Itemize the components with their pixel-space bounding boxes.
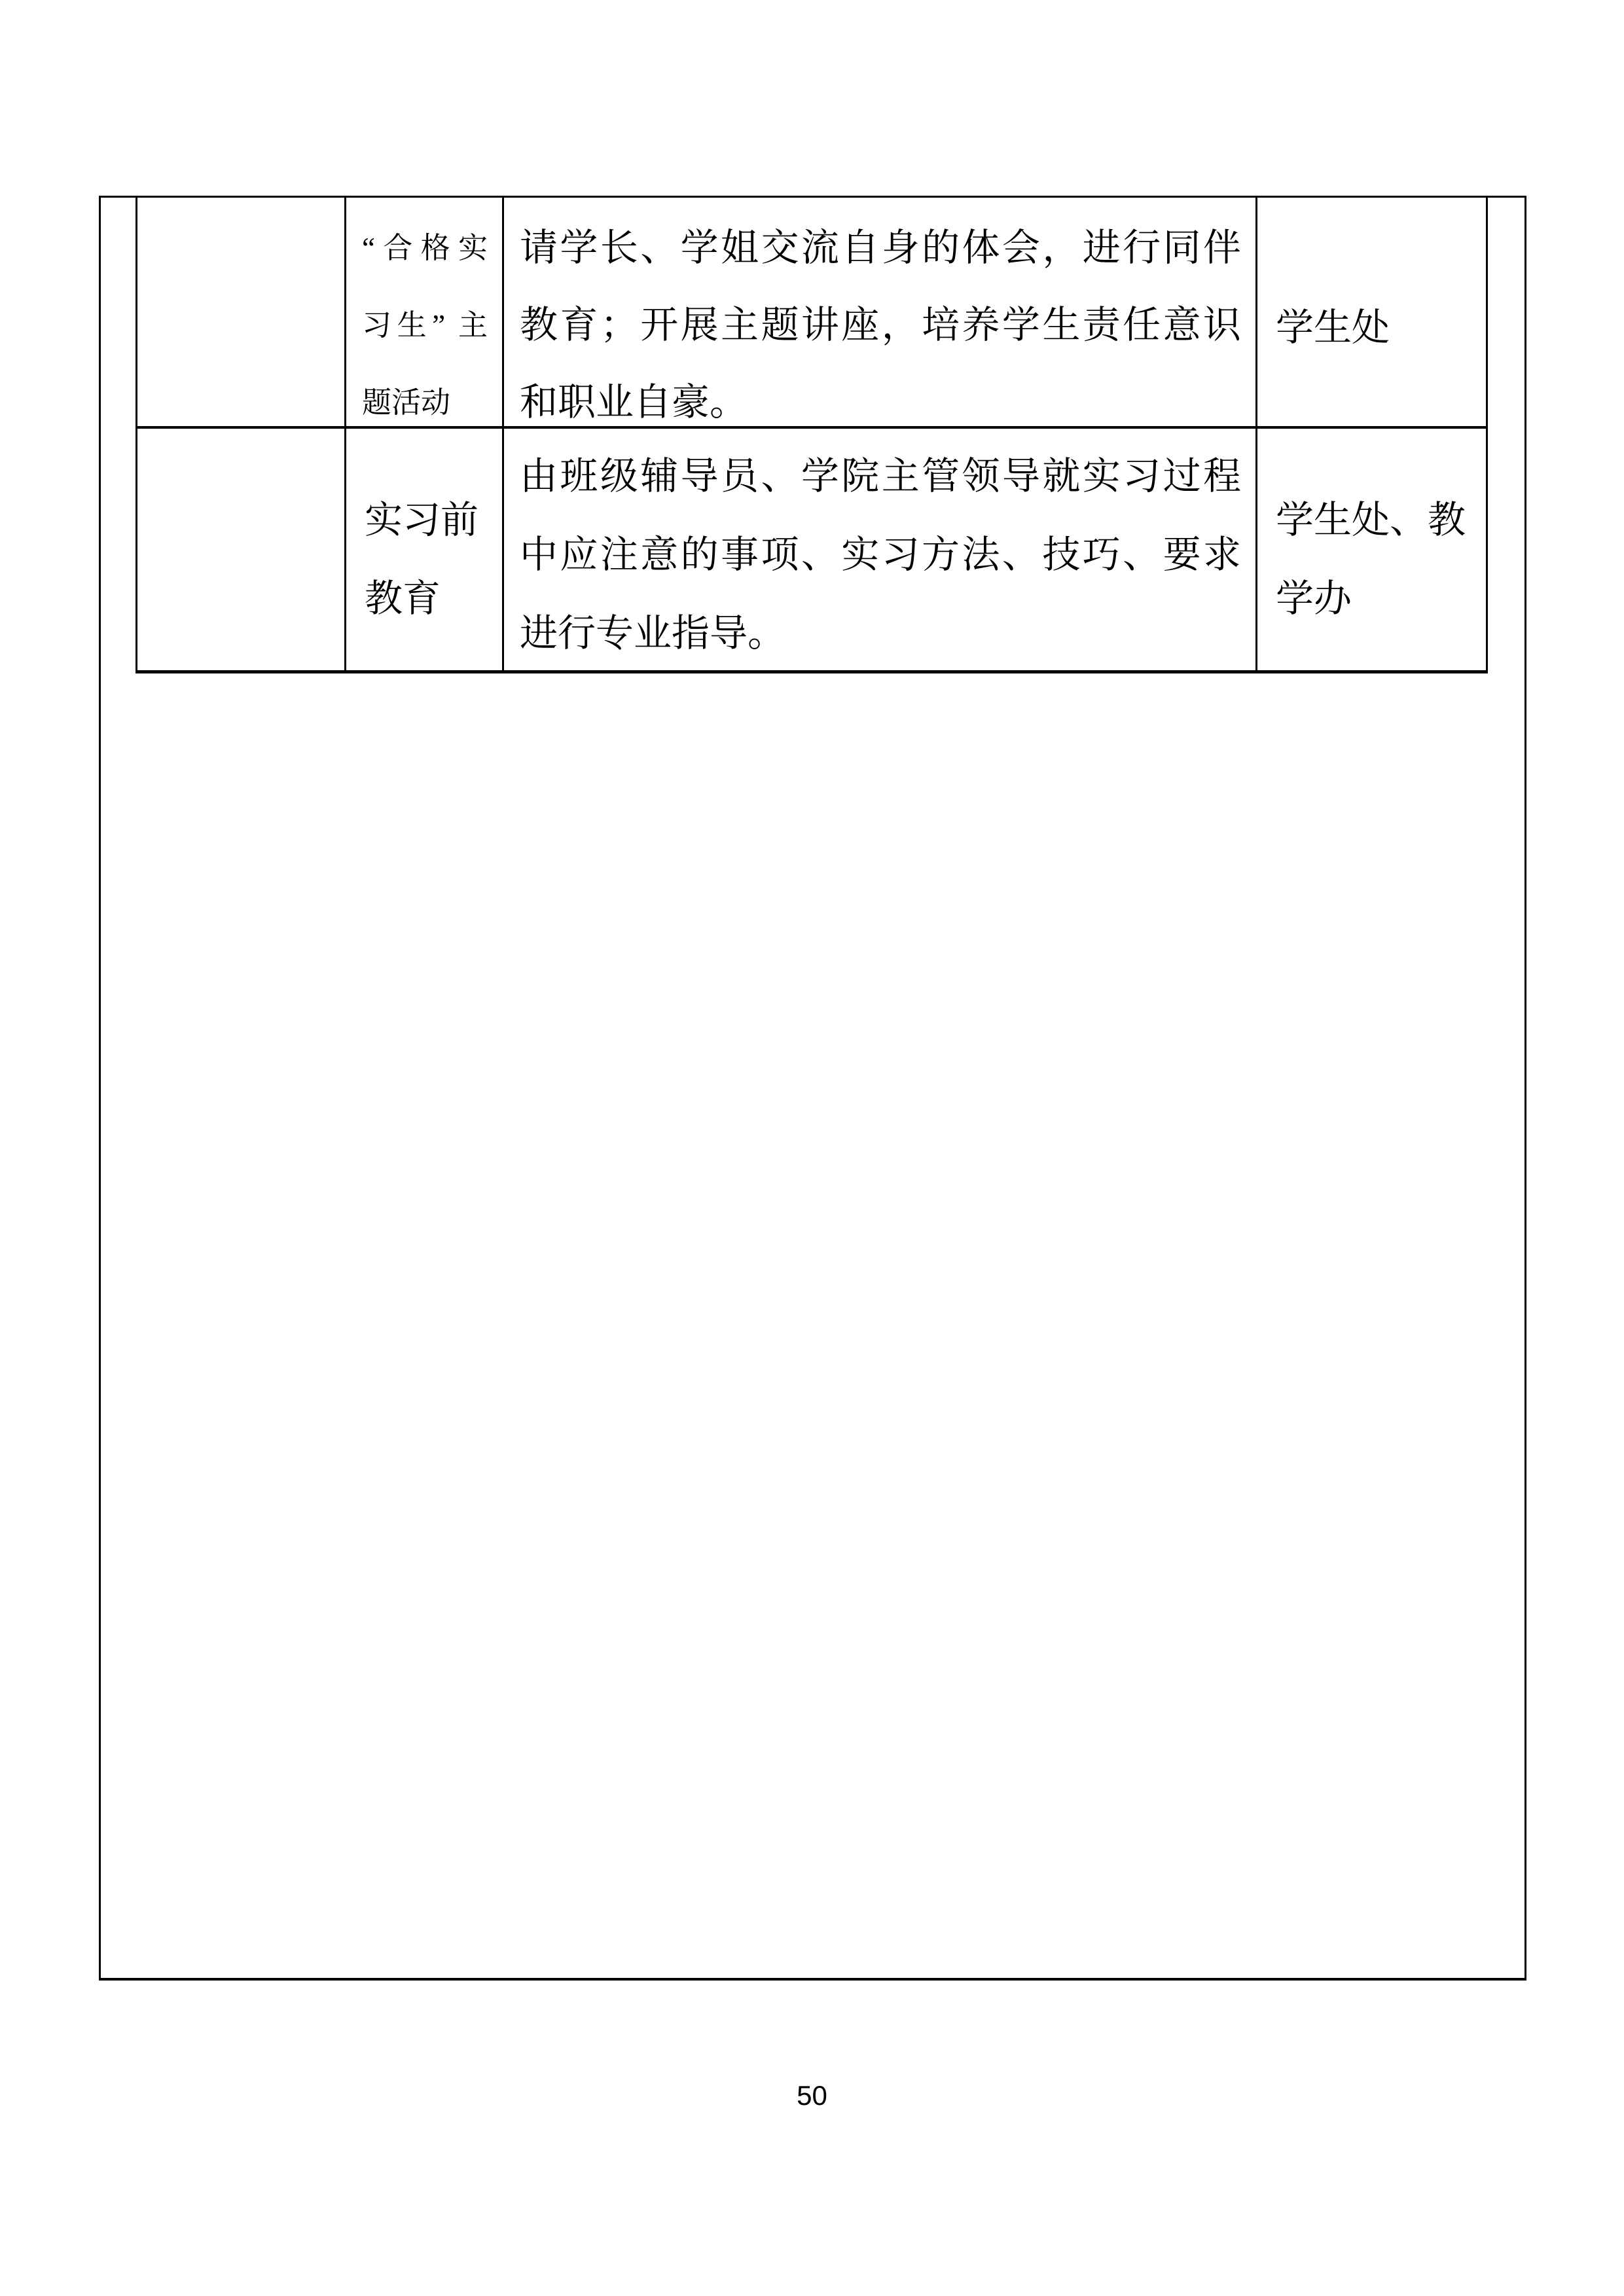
frame-top-border bbox=[99, 196, 1526, 198]
text-line: 教育；开展主题讲座，培养学生责任意识 bbox=[520, 287, 1241, 364]
text-line: 由班级辅导员、学院主管领导就实习过程 bbox=[520, 437, 1241, 516]
text-line: 请学长、学姐交流自身的体会，进行同伴 bbox=[520, 209, 1241, 287]
column-divider-2 bbox=[502, 196, 504, 673]
text-line: 学生处、教 bbox=[1276, 481, 1473, 560]
cell-description-row2: 由班级辅导员、学院主管领导就实习过程 中应注意的事项、实习方法、技巧、要求 进行… bbox=[505, 437, 1255, 672]
cell-topic-row1: “合格实 习生” 主 题活动 bbox=[348, 209, 502, 427]
cell-description-row1: 请学长、学姐交流自身的体会，进行同伴 教育；开展主题讲座，培养学生责任意识 和职… bbox=[505, 209, 1255, 427]
cell-department-row1: 学生处 bbox=[1259, 212, 1486, 443]
frame-bottom-border bbox=[99, 1978, 1526, 1981]
text-line: 中应注意的事项、实习方法、技巧、要求 bbox=[520, 516, 1241, 594]
text-line: 教育 bbox=[365, 560, 488, 638]
table-right-border bbox=[1486, 196, 1488, 673]
column-divider-1 bbox=[344, 196, 346, 673]
text-line: 学生处 bbox=[1276, 289, 1473, 367]
page-number: 50 bbox=[0, 2081, 1624, 2110]
text-line: 实习前 bbox=[365, 481, 488, 560]
column-divider-3 bbox=[1255, 196, 1257, 673]
frame-left-border bbox=[99, 196, 101, 1981]
text-line: 和职业自豪。 bbox=[520, 364, 1241, 441]
text-line: 学办 bbox=[1276, 560, 1473, 638]
table-left-border bbox=[135, 196, 137, 673]
cell-topic-row2: 实习前 教育 bbox=[348, 427, 502, 672]
text-line: “合格实 bbox=[362, 209, 488, 287]
text-line: 进行专业指导。 bbox=[520, 594, 1241, 673]
text-line: 习生” 主 bbox=[362, 287, 488, 364]
cell-department-row2: 学生处、教 学办 bbox=[1259, 427, 1486, 672]
frame-right-border bbox=[1525, 196, 1526, 1981]
document-page: “合格实 习生” 主 题活动 请学长、学姐交流自身的体会，进行同伴 教育；开展主… bbox=[0, 0, 1624, 2296]
